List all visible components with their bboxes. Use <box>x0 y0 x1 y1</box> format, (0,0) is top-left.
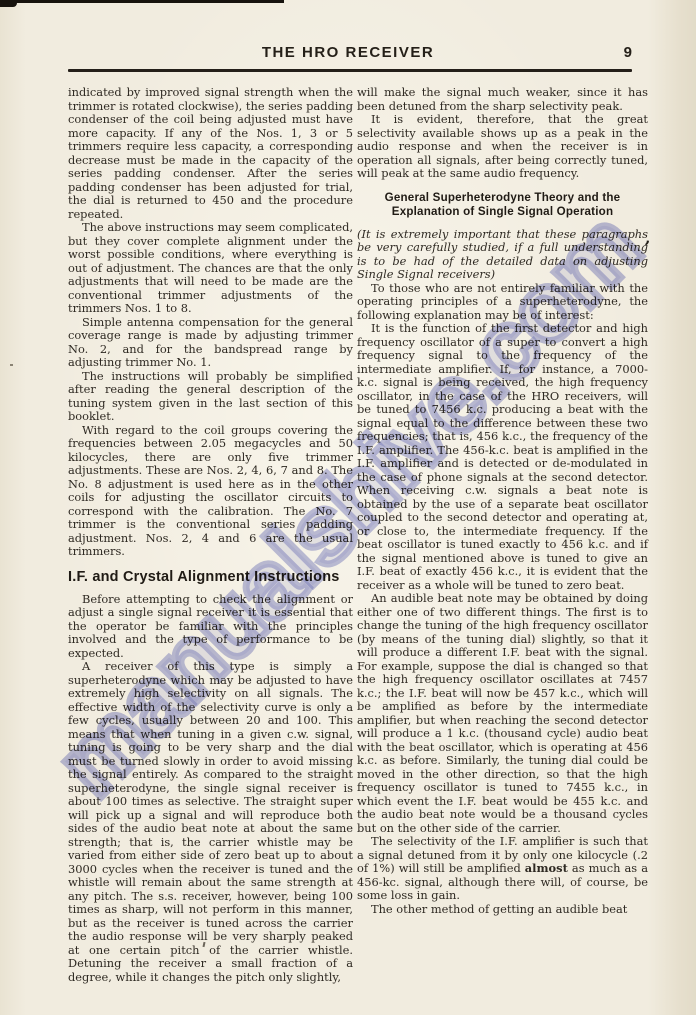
emphasized-word: almost <box>525 861 568 875</box>
scan-speck <box>10 364 13 366</box>
subsection-heading-line2: Explanation of Single Signal Operation <box>363 205 642 220</box>
paragraph: The instructions will probably be simpli… <box>68 370 353 424</box>
scanned-manual-page: THE HRO RECEIVER 9 indicated by improved… <box>0 0 696 1015</box>
paragraph: It is evident, therefore, that the great… <box>357 113 648 181</box>
paragraph: will make the signal much weaker, since … <box>357 86 648 113</box>
scan-edge-artifact <box>0 0 17 7</box>
paragraph: An audible beat note may be obtained by … <box>357 592 648 835</box>
scan-edge-artifact <box>0 0 284 3</box>
italic-note: (It is extremely important that these pa… <box>357 228 648 282</box>
ink-mark: ’ <box>643 238 650 258</box>
paragraph: indicated by improved signal strength wh… <box>68 86 353 221</box>
subsection-heading-line1: General Superheterodyne Theory and the <box>363 191 642 206</box>
subsection-heading: General Superheterodyne Theory and theEx… <box>363 191 642 220</box>
paragraph: A receiver of this type is simply a supe… <box>68 660 353 984</box>
page-number: 9 <box>624 44 632 61</box>
running-header-title: THE HRO RECEIVER <box>0 44 696 61</box>
paragraph: With regard to the coil groups covering … <box>68 424 353 559</box>
paragraph: It is the function of the first detector… <box>357 322 648 592</box>
section-heading: I.F. and Crystal Alignment Instructions <box>68 568 353 586</box>
paragraph: The above instructions may seem complica… <box>68 221 353 316</box>
paragraph: Simple antenna compensation for the gene… <box>68 316 353 370</box>
paragraph: The selectivity of the I.F. amplifier is… <box>357 835 648 903</box>
left-column: indicated by improved signal strength wh… <box>68 86 353 984</box>
paragraph: The other method of getting an audible b… <box>357 903 648 917</box>
right-column: will make the signal much weaker, since … <box>357 86 648 916</box>
paragraph: To those who are not entirely familiar w… <box>357 282 648 323</box>
header-rule <box>68 69 632 72</box>
paragraph: Before attempting to check the alignment… <box>68 593 353 661</box>
